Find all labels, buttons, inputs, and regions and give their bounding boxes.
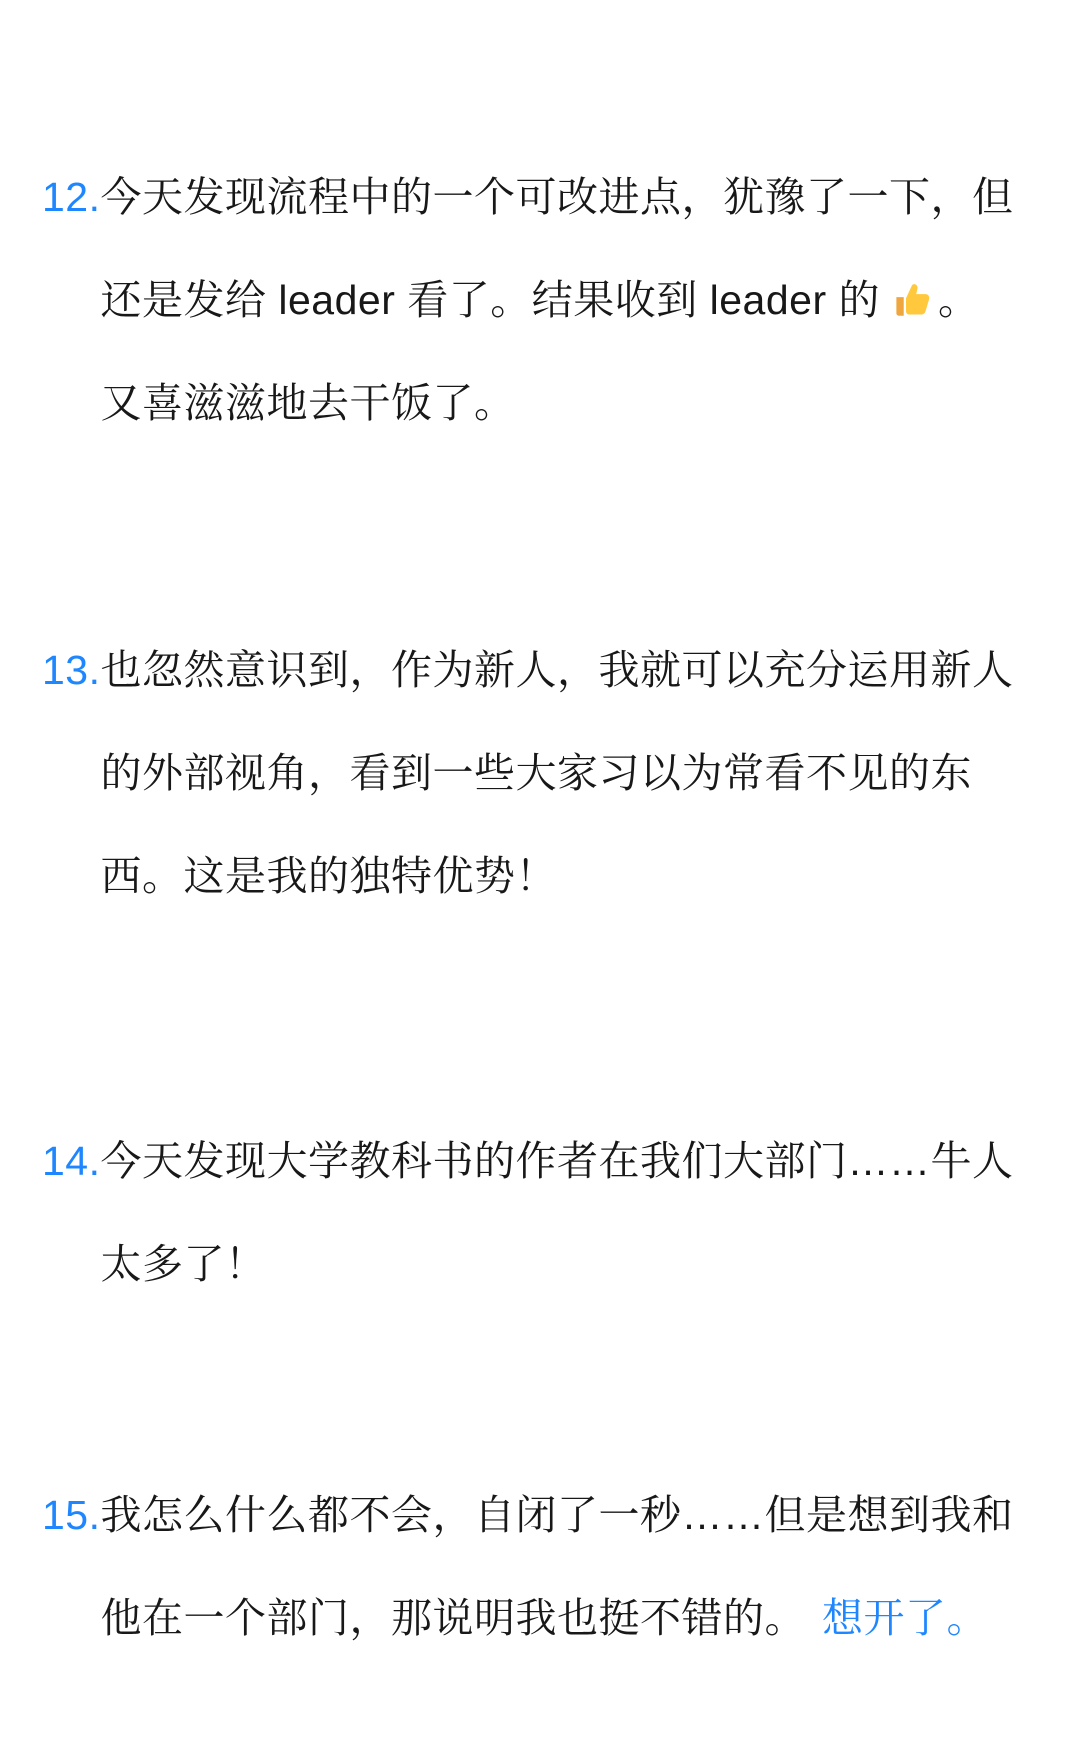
item-text-line: 今天发现流程中的一个可改进点，犹豫了一下，但 <box>101 146 1061 249</box>
item-text-line: 今天发现大学教科书的作者在我们大部门……牛人 <box>101 1110 1061 1213</box>
item-text-line: 还是发给 leader 看了。结果收到 leader 的 。 <box>101 249 1061 352</box>
item-number: 12. <box>42 146 101 249</box>
item-text: 今天发现大学教科书的作者在我们大部门……牛人 太多了！ <box>101 1110 1061 1316</box>
item-number: 15. <box>42 1464 101 1567</box>
item-text-segment: 。 <box>938 277 980 323</box>
item-text-line: 我怎么什么都不会，自闭了一秒……但是想到我和 <box>101 1464 1061 1567</box>
item-text: 也忽然意识到，作为新人，我就可以充分运用新人 的外部视角，看到一些大家习以为常看… <box>101 619 1061 928</box>
item-text: 今天发现流程中的一个可改进点，犹豫了一下，但 还是发给 leader 看了。结果… <box>101 146 1061 455</box>
item-number: 14. <box>42 1110 101 1213</box>
item-text-segment: 他在一个部门，那说明我也挺不错的。 <box>101 1595 807 1641</box>
xiang-kai-le-link[interactable]: 想开了。 <box>822 1595 988 1641</box>
item-number: 13. <box>42 619 101 722</box>
list-item-15: 15. 我怎么什么都不会，自闭了一秒……但是想到我和 他在一个部门，那说明我也挺… <box>42 1464 1060 1670</box>
notes-page: 12. 今天发现流程中的一个可改进点，犹豫了一下，但 还是发给 leader 看… <box>0 0 1080 1753</box>
list-item-13: 13. 也忽然意识到，作为新人，我就可以充分运用新人 的外部视角，看到一些大家习… <box>42 619 1060 928</box>
thumbs-up-emoji <box>892 280 934 322</box>
item-text-line: 他在一个部门，那说明我也挺不错的。想开了。 <box>101 1567 1061 1670</box>
item-text-line: 也忽然意识到，作为新人，我就可以充分运用新人 <box>101 619 1061 722</box>
item-text-line: 太多了！ <box>101 1213 1061 1316</box>
list-item-12: 12. 今天发现流程中的一个可改进点，犹豫了一下，但 还是发给 leader 看… <box>42 146 1060 455</box>
list-item-14: 14. 今天发现大学教科书的作者在我们大部门……牛人 太多了！ <box>42 1110 1060 1316</box>
item-text-line: 又喜滋滋地去干饭了。 <box>101 352 1061 455</box>
item-text-segment: 还是发给 leader 看了。结果收到 leader 的 <box>101 277 881 323</box>
item-text-line: 西。这是我的独特优势！ <box>101 825 1061 928</box>
item-text: 我怎么什么都不会，自闭了一秒……但是想到我和 他在一个部门，那说明我也挺不错的。… <box>101 1464 1061 1670</box>
item-text-line: 的外部视角，看到一些大家习以为常看不见的东 <box>101 722 1061 825</box>
